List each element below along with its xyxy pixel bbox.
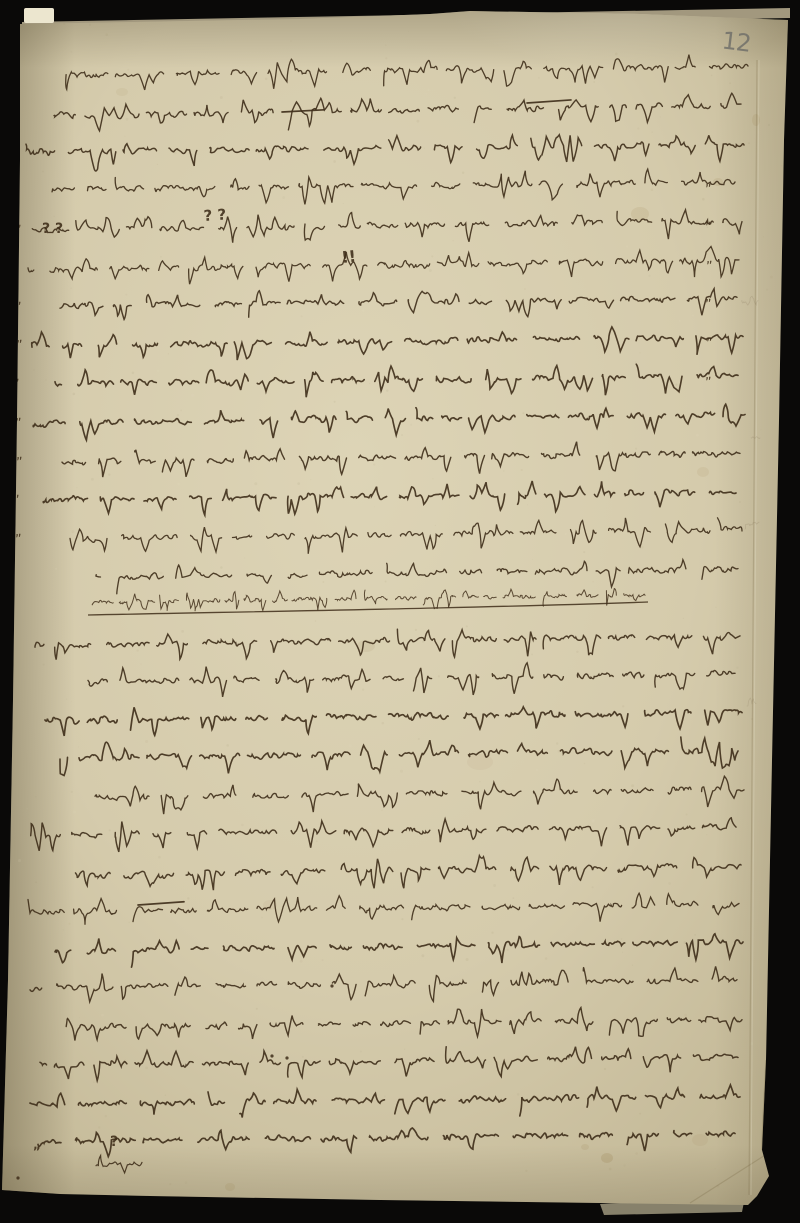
ink-punctuation-mark: „ (33, 1138, 41, 1152)
manuscript-scan: „„„„„„„„„„„„„„„? ?? ?!!?„ 12 (0, 0, 800, 1223)
ink-punctuation-mark: ? ? (42, 221, 63, 237)
page-number: 12 (720, 26, 752, 57)
ink-dot (16, 1176, 19, 1179)
paper-stain (467, 754, 493, 770)
manuscript-svg: „„„„„„„„„„„„„„„? ?? ?!!?„ (0, 0, 800, 1223)
paper-stain (116, 88, 128, 96)
ink-punctuation-mark: ? ? (203, 205, 227, 225)
paper-stain (225, 1183, 235, 1191)
paper-stain (581, 1144, 589, 1150)
paper-stain (692, 1134, 708, 1146)
paper-stain (631, 207, 649, 221)
ink-punctuation-mark: ? (110, 1134, 118, 1150)
paper-tab-top-left (24, 8, 54, 23)
ink-dot (285, 1056, 288, 1059)
ink-dot (330, 984, 333, 987)
paper-stain (697, 467, 709, 477)
ink-punctuation-mark: !! (340, 247, 356, 267)
paper-stain (601, 1153, 613, 1163)
ink-dot (270, 1054, 273, 1057)
